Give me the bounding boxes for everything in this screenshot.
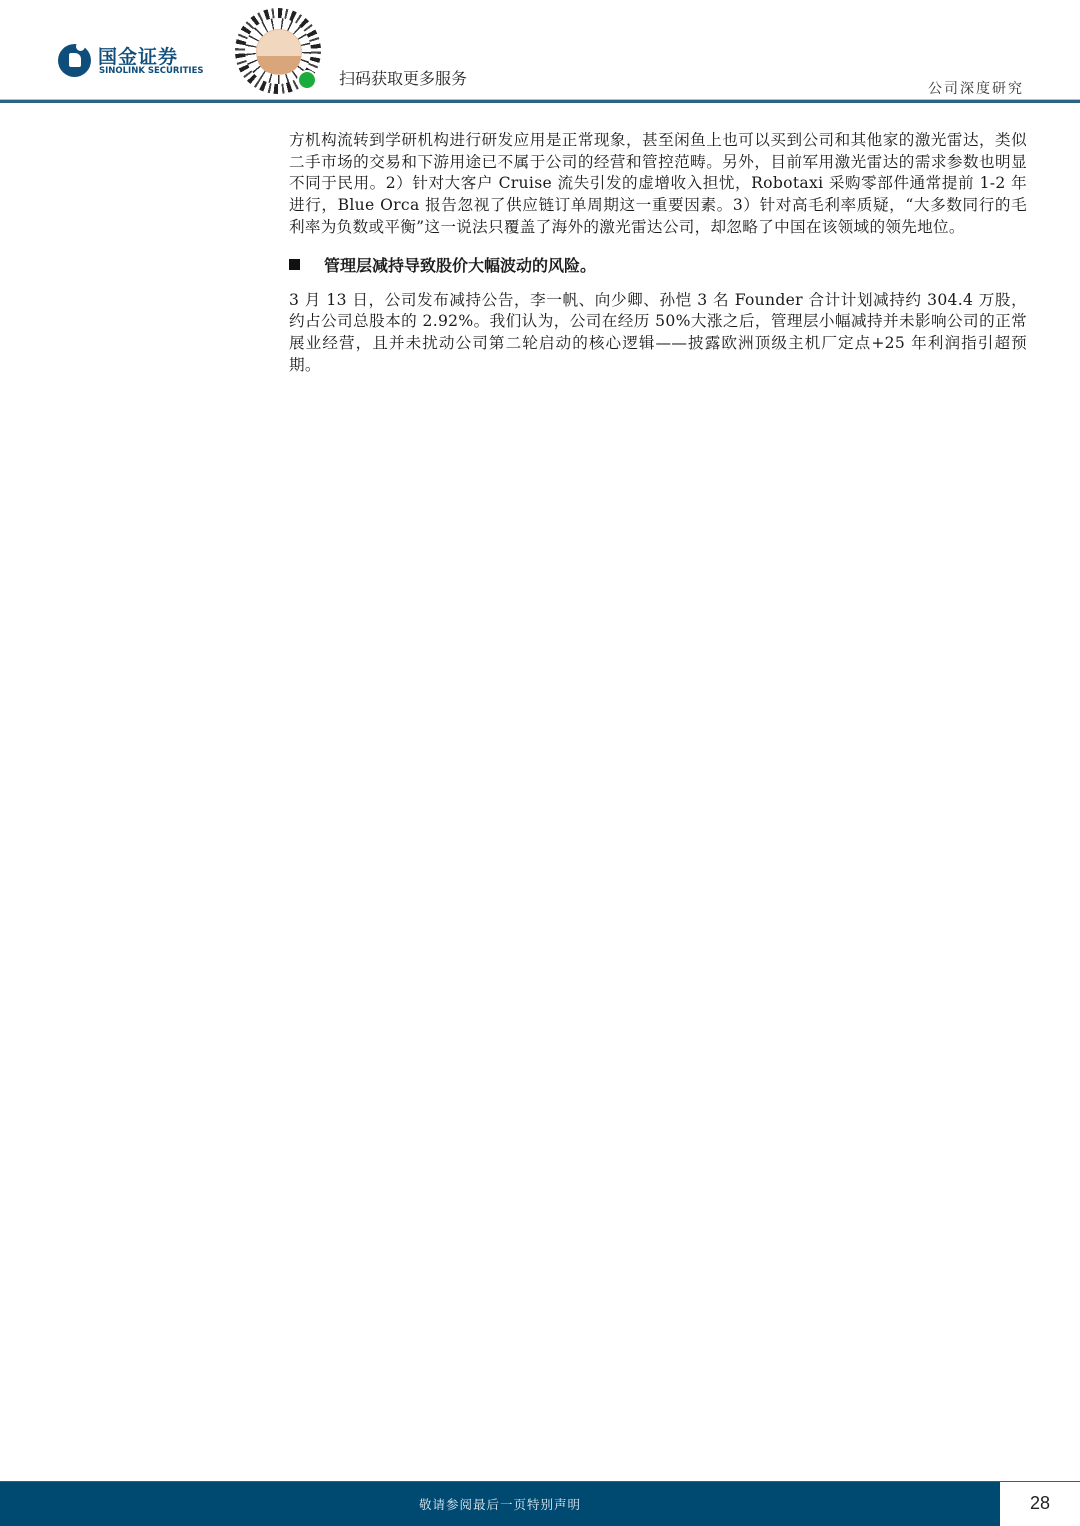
paragraph-management-reduction: 3 月 13 日，公司发布减持公告，李一帆、向少卿、孙恺 3 名 Founder… [289,290,1027,377]
logo-chinese-name: 国金证券 [98,42,178,69]
footer-disclaimer: 敬请参阅最后一页特别声明 [0,1495,1000,1513]
section-heading: 管理层减持导致股价大幅波动的风险。 [289,253,1027,276]
logo-english-name: SINOLINK SECURITIES [99,66,204,76]
qr-code-icon [235,8,321,94]
square-bullet-icon [289,259,300,270]
header-divider [0,99,1080,103]
page-number: 28 [1000,1493,1080,1514]
sinolink-logo-icon [58,44,91,77]
page-number-box: 28 [1000,1481,1080,1526]
wechat-miniprogram-icon [297,70,317,90]
paragraph-risk-rebuttal: 方机构流转到学研机构进行研发应用是正常现象，甚至闲鱼上也可以买到公司和其他家的激… [289,130,1027,239]
sinolink-logo: 国金证券 SINOLINK SECURITIES [58,44,218,80]
footer-bar: 敬请参阅最后一页特别声明 [0,1481,1000,1526]
page-header: 国金证券 SINOLINK SECURITIES 扫码获取更多服务 公司深度研究 [0,0,1080,102]
section-heading-text: 管理层减持导致股价大幅波动的风险。 [324,253,596,276]
qr-caption: 扫码获取更多服务 [339,66,467,89]
report-body: 方机构流转到学研机构进行研发应用是正常现象，甚至闲鱼上也可以买到公司和其他家的激… [289,130,1027,376]
report-type-label: 公司深度研究 [928,78,1024,98]
